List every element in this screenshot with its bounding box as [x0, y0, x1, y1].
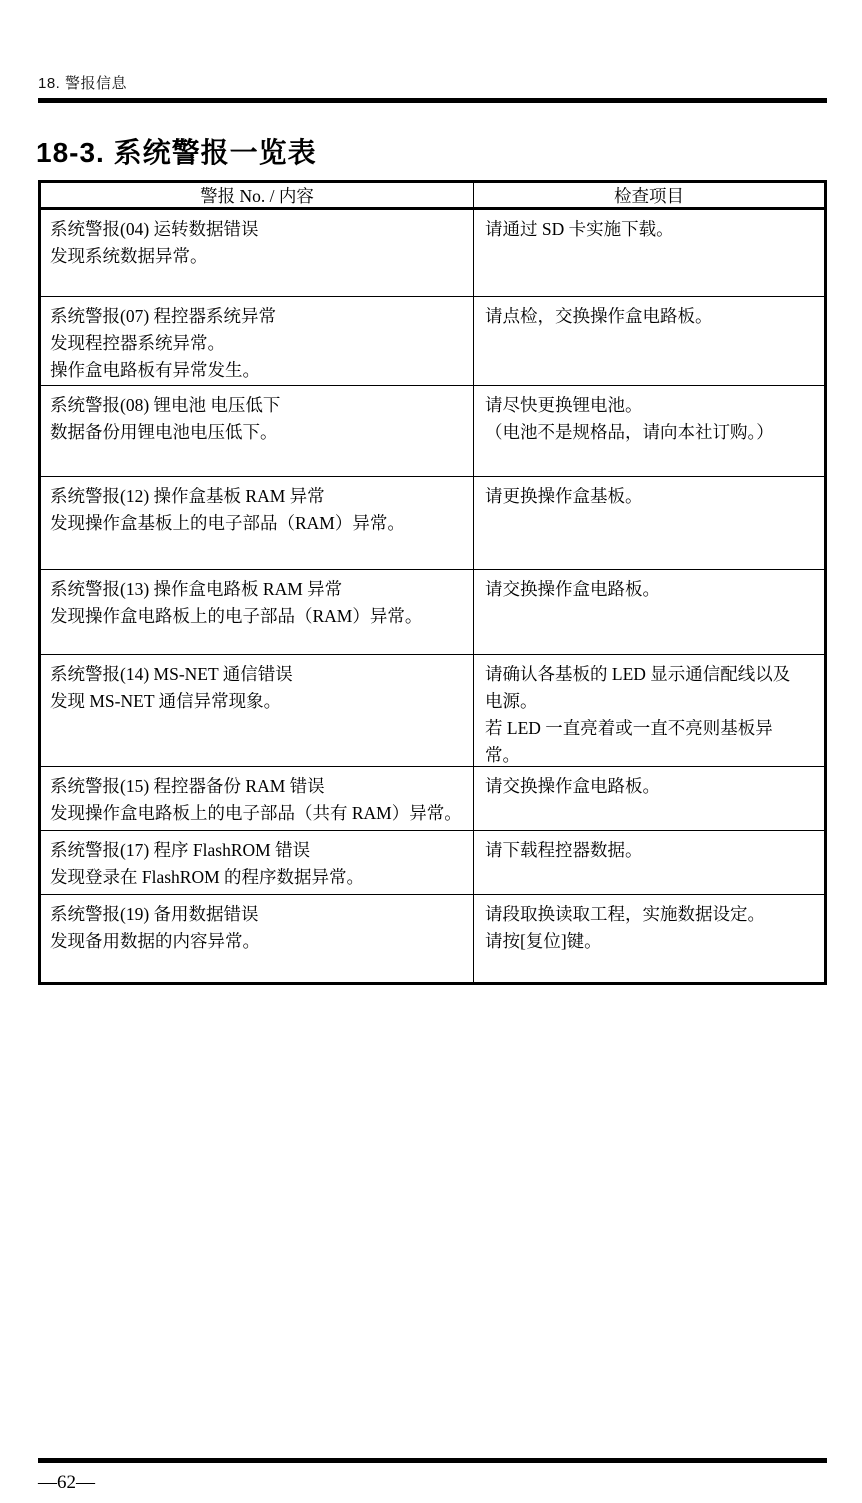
table-row: 系统警报(04) 运转数据错误 发现系统数据异常。 请通过 SD 卡实施下载。	[41, 210, 824, 297]
table-row: 系统警报(12) 操作盒基板 RAM 异常 发现操作盒基板上的电子部品（RAM）…	[41, 477, 824, 570]
alarm-content-cell: 系统警报(14) MS-NET 通信错误 发现 MS-NET 通信异常现象。	[41, 655, 474, 766]
table-row: 系统警报(13) 操作盒电路板 RAM 异常 发现操作盒电路板上的电子部品（RA…	[41, 570, 824, 655]
column-header-check-item: 检查项目	[474, 183, 824, 210]
check-item-cell: 请尽快更换锂电池。 （电池不是规格品，请向本社订购。）	[474, 386, 824, 476]
alarm-content-cell: 系统警报(07) 程控器系统异常 发现程控器系统异常。 操作盒电路板有异常发生。	[41, 297, 474, 385]
alarm-content-cell: 系统警报(15) 程控器备份 RAM 错误 发现操作盒电路板上的电子部品（共有 …	[41, 767, 474, 830]
check-item-cell: 请段取换读取工程，实施数据设定。 请按[复位]键。	[474, 895, 824, 982]
table-row: 系统警报(15) 程控器备份 RAM 错误 发现操作盒电路板上的电子部品（共有 …	[41, 767, 824, 831]
table-row: 系统警报(07) 程控器系统异常 发现程控器系统异常。 操作盒电路板有异常发生。…	[41, 297, 824, 386]
header-rule	[38, 98, 827, 103]
table-row: 系统警报(17) 程序 FlashROM 错误 发现登录在 FlashROM 的…	[41, 831, 824, 895]
check-item-cell: 请交换操作盒电路板。	[474, 767, 824, 830]
page-number: —62—	[38, 1472, 95, 1494]
check-item-cell: 请点检，交换操作盒电路板。	[474, 297, 824, 385]
alarm-content-cell: 系统警报(13) 操作盒电路板 RAM 异常 发现操作盒电路板上的电子部品（RA…	[41, 570, 474, 654]
table-header-row: 警报 No. / 内容 检查项目	[41, 183, 824, 210]
running-header: 18. 警报信息	[38, 72, 127, 93]
alarm-content-cell: 系统警报(17) 程序 FlashROM 错误 发现登录在 FlashROM 的…	[41, 831, 474, 894]
table-row: 系统警报(08) 锂电池 电压低下 数据备份用锂电池电压低下。 请尽快更换锂电池…	[41, 386, 824, 477]
check-item-cell: 请下载程控器数据。	[474, 831, 824, 894]
page-title: 18-3. 系统警报一览表	[36, 131, 317, 171]
check-item-cell: 请交换操作盒电路板。	[474, 570, 824, 654]
table-row: 系统警报(19) 备用数据错误 发现备用数据的内容异常。 请段取换读取工程，实施…	[41, 895, 824, 982]
alarm-content-cell: 系统警报(19) 备用数据错误 发现备用数据的内容异常。	[41, 895, 474, 982]
check-item-cell: 请通过 SD 卡实施下载。	[474, 210, 824, 296]
check-item-cell: 请更换操作盒基板。	[474, 477, 824, 569]
alarm-content-cell: 系统警报(12) 操作盒基板 RAM 异常 发现操作盒基板上的电子部品（RAM）…	[41, 477, 474, 569]
manual-page: 18. 警报信息 18-3. 系统警报一览表 警报 No. / 内容 检查项目 …	[0, 0, 862, 1503]
alarm-content-cell: 系统警报(04) 运转数据错误 发现系统数据异常。	[41, 210, 474, 296]
footer-rule	[38, 1458, 827, 1463]
check-item-cell: 请确认各基板的 LED 显示通信配线以及 电源。 若 LED 一直亮着或一直不亮…	[474, 655, 824, 766]
system-alarm-table: 警报 No. / 内容 检查项目 系统警报(04) 运转数据错误 发现系统数据异…	[38, 180, 827, 985]
column-header-alarm-content: 警报 No. / 内容	[41, 183, 474, 210]
table-row: 系统警报(14) MS-NET 通信错误 发现 MS-NET 通信异常现象。 请…	[41, 655, 824, 767]
alarm-content-cell: 系统警报(08) 锂电池 电压低下 数据备份用锂电池电压低下。	[41, 386, 474, 476]
